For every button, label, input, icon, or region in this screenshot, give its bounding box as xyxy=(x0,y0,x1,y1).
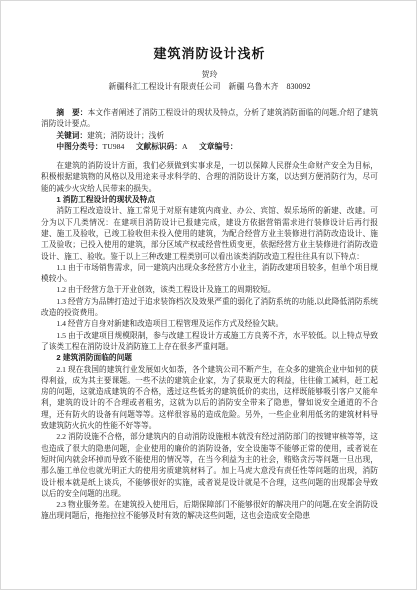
paper-title: 建筑消防设计浅析 xyxy=(41,45,378,63)
doc-code-label: 文献标识码： xyxy=(136,142,182,151)
section2-heading: 2 建筑消防面临的问题 xyxy=(41,352,378,363)
intro-paragraph: 在建筑的消防设计方面，我们必须做到实事求是，一切以保障人民群众生命财产安全为目标… xyxy=(41,160,378,194)
section2-item-2-1: 2.1 现在我国的建筑行业发展如火如荼，各个建筑公司不断产生，在众多的建筑企业中… xyxy=(41,364,378,432)
author-affiliation: 新疆科汇工程设计有限责任公司 新疆 乌鲁木齐 830092 xyxy=(41,81,378,93)
keywords-line: 关键词：建筑；消防设计；浅析 xyxy=(41,130,378,141)
abstract-line: 摘 要：本文作者阐述了消防工程设计的现状及特点，分析了建筑消防面临的问题,介绍了… xyxy=(41,107,378,130)
section1-item-1-1: 1.1 由于市场销售需求，同一建筑内出现众多经营方小业主，消防改建项目较多，但单… xyxy=(41,262,378,285)
section1-paragraph: 消防工程改造设计、施工常见于对原有建筑内商业、办公、宾馆、娱乐场所的新建、改建。… xyxy=(41,205,378,261)
classification-line: 中图分类号：TU984文献标识码：A文章编号： xyxy=(41,141,378,152)
abstract-text: 本文作者阐述了消防工程设计的现状及特点，分析了建筑消防面临的问题,介绍了建筑消防… xyxy=(41,108,378,128)
keywords-text: 建筑；消防设计；浅析 xyxy=(87,131,164,140)
keywords-label: 关键词： xyxy=(56,131,87,140)
section1-heading: 1 消防工程设计的现状及特点 xyxy=(41,194,378,205)
author-name: 贺玲 xyxy=(41,69,378,81)
section2-item-2-3: 2.3 物业服务差。在建筑投入使用后，后期保障部门不能够很好的解决用户的问题,在… xyxy=(41,499,378,522)
section1-item-1-4: 1.4 经营方自身对新建和改造项目工程管理及运作方式及经验欠缺。 xyxy=(41,318,378,329)
clc-label: 中图分类号： xyxy=(56,142,102,151)
section2-item-2-2: 2.2 消防设施不合格，部分建筑内的自动消防设施根本就没有经过消防部门的按键审核… xyxy=(41,431,378,499)
doc-code-value: A xyxy=(182,142,188,151)
abstract-label: 摘 要： xyxy=(56,108,87,117)
page-content: 建筑消防设计浅析 贺玲 新疆科汇工程设计有限责任公司 新疆 乌鲁木齐 83009… xyxy=(1,1,416,522)
article-id-label: 文章编号： xyxy=(199,142,237,151)
section1-item-1-2: 1.2 由于经营方急于开业创效，该类工程设计及施工的周期较短。 xyxy=(41,284,378,295)
section1-item-1-3: 1.3 经营方为品牌打造过于追求装饰档次及效果严重的弱化了消防系统的功能,以此降… xyxy=(41,296,378,319)
clc-value: TU984 xyxy=(103,142,125,151)
section1-item-1-5: 1.5 由于改建项目规模限制，参与改建工程设计方或施工方良莠不齐，水平较低。以上… xyxy=(41,330,378,353)
document-page: 建筑消防设计浅析 贺玲 新疆科汇工程设计有限责任公司 新疆 乌鲁木齐 83009… xyxy=(0,0,417,590)
